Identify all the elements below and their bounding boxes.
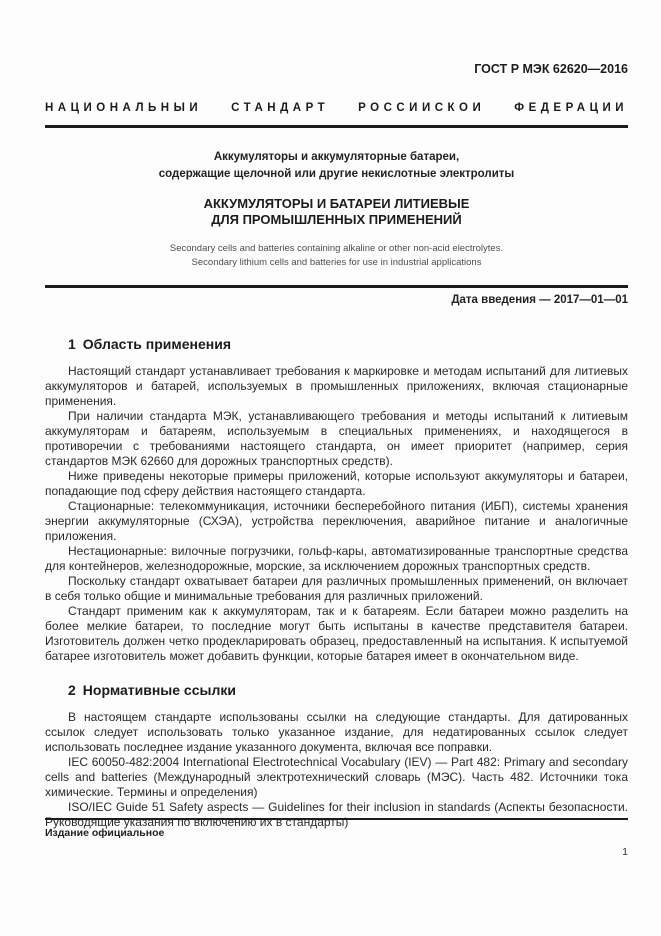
section-1-paragraph: Ниже приведены некоторые примеры приложе… — [45, 469, 628, 499]
official-edition-note: Издание официальное — [45, 827, 628, 839]
introduction-date: Дата введения — 2017—01—01 — [45, 293, 628, 307]
title-english: Secondary cells and batteries containing… — [45, 242, 628, 269]
section-2-paragraph: В настоящем стандарте использованы ссылк… — [45, 710, 628, 755]
title-russian: Аккумуляторы и аккумуляторные батареи, с… — [45, 149, 628, 183]
doc-code: ГОСТ Р МЭК 62620—2016 — [45, 62, 628, 77]
section-1-heading: 1 Область применения — [45, 336, 628, 353]
section-1-paragraph: Настоящий стандарт устанавливает требова… — [45, 364, 628, 409]
footer-rule — [45, 818, 628, 820]
section-2-paragraph: IEC 60050-482:2004 International Electro… — [45, 755, 628, 800]
title-main-line2: ДЛЯ ПРОМЫШЛЕННЫХ ПРИМЕНЕНИЙ — [45, 212, 628, 228]
section-1-paragraph: Поскольку стандарт охватывает батареи дл… — [45, 574, 628, 604]
page-content: ГОСТ Р МЭК 62620—2016 НАЦИОНАЛЬНЫЙ СТАНД… — [0, 0, 661, 830]
section-1-paragraph: Стационарные: телекоммуникация, источник… — [45, 499, 628, 544]
title-english-line2: Secondary lithium cells and batteries fo… — [45, 256, 628, 270]
title-russian-line2: содержащие щелочной или другие некислотн… — [45, 166, 628, 183]
section-1-paragraph: Нестационарные: вилочные погрузчики, гол… — [45, 544, 628, 574]
page-footer: Издание официальное 1 — [45, 818, 628, 858]
title-russian-line1: Аккумуляторы и аккумуляторные батареи, — [45, 149, 628, 166]
header-rule — [45, 125, 628, 128]
title-main: АККУМУЛЯТОРЫ И БАТАРЕИ ЛИТИЕВЫЕ ДЛЯ ПРОМ… — [45, 196, 628, 228]
section-1-paragraph: При наличии стандарта МЭК, устанавливающ… — [45, 409, 628, 469]
section-2-heading: 2 Нормативные ссылки — [45, 682, 628, 699]
document-page: ГОСТ Р МЭК 62620—2016 НАЦИОНАЛЬНЫЙ СТАНД… — [0, 0, 661, 936]
title-english-line1: Secondary cells and batteries containing… — [45, 242, 628, 256]
page-number: 1 — [45, 846, 628, 858]
section-1-paragraph: Стандарт применим как к аккумуляторам, т… — [45, 604, 628, 664]
intro-rule — [45, 285, 628, 288]
standard-type-heading: НАЦИОНАЛЬНЫЙ СТАНДАРТ РОССИЙСКОЙ ФЕДЕРАЦ… — [45, 102, 628, 114]
title-main-line1: АККУМУЛЯТОРЫ И БАТАРЕИ ЛИТИЕВЫЕ — [45, 196, 628, 212]
